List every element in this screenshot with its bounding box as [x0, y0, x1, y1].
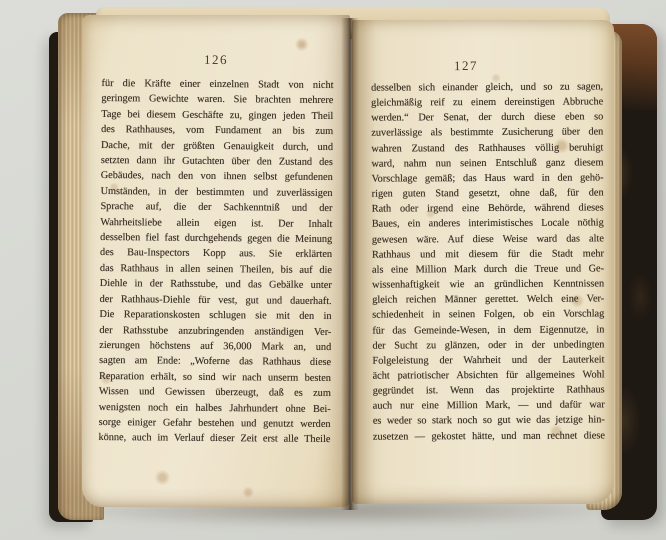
page-number-right: 127: [360, 57, 572, 74]
text-line: Gebäudes, nach den von ihnen selbst gefu…: [101, 168, 333, 185]
text-line: der Sucht zu glänzen, oder in der unbedi…: [372, 337, 604, 353]
text-line: wahren Zustand des Rathhauses völlig ber…: [371, 140, 603, 156]
text-line: zusetzen — gekostet hätte, und man rechn…: [373, 428, 605, 444]
text-line: schiedenheit in seinen Folgen, ob ein Vo…: [372, 307, 604, 323]
text-line: geringem Gewichte waren. Sie brachten me…: [101, 91, 333, 108]
gutter-shadow: [341, 18, 359, 510]
text-line: rigen guten Stand gesetzt, ohne daß, für…: [372, 185, 604, 201]
text-line: Folgeleistung der Wahrheit und der Laute…: [372, 352, 604, 368]
text-line: Rath oder irgend eine Behörde, während d…: [372, 201, 604, 217]
text-line: wissenhaftigkeit wie an gründlichen Kenn…: [372, 276, 604, 292]
text-line: ward, nahm nun seinen Entschluß ganz die…: [371, 155, 603, 171]
text-line: sagten am Ende: „Woferne das Rathhaus di…: [99, 353, 331, 370]
text-line: des Rathhauses, vom Fundament an bis zum: [101, 122, 333, 139]
text-line: werden.“ Der Senat, der durch diese eben…: [371, 110, 603, 126]
text-line: als eine Million Mark durch die Treue un…: [372, 261, 604, 277]
page-text-right: desselben sich einander gleich, und so z…: [371, 79, 605, 444]
text-line: auch nur eine Million Mark, — und dafür …: [373, 398, 605, 414]
text-line: Wissen und Gewissen überzeugt, daß es zu…: [99, 384, 331, 401]
text-line: Sprache auf, die der Sachkenntniß und de…: [100, 199, 332, 216]
text-line: es weder so stark noch so gut wie das je…: [373, 413, 605, 429]
text-line: gleichmäßig reif zu einem dereinstigen A…: [371, 95, 603, 111]
text-line: Diehle in der Rathsstube, und das Gebälk…: [100, 276, 332, 293]
page-number-left: 126: [100, 51, 332, 69]
text-line: Vorschlage gemäß; das Haus ward in den g…: [372, 170, 604, 186]
text-line: des Bau-Inspectors Kopp aus. Sie erklärt…: [100, 245, 332, 262]
text-line: könne, auch im Verlauf dieser Zeit erst …: [98, 430, 330, 447]
text-line: Rathhaus und mit diesem für die Stadt me…: [372, 246, 604, 262]
text-line: gegründet ist. Wenn das projektirte Rath…: [373, 383, 605, 399]
text-line: desselben sich einander gleich, und so z…: [371, 79, 603, 95]
text-line: Baues, ein anderes interimistisches Loca…: [372, 216, 604, 232]
page-text-left: für die Kräfte einer einzelnen Stadt von…: [98, 76, 333, 448]
text-line: zuverlässige als bestimmte Zusicherung ü…: [371, 125, 603, 141]
text-line: Die Reparationskosten schlugen sie mit d…: [99, 307, 331, 324]
text-line: gewesen wäre. Auf diese Weise ward das a…: [372, 231, 604, 247]
text-line: ächt patriotischer Absichten für allgeme…: [373, 367, 605, 383]
text-line: für das Gemeinde-Wesen, in dem Eigennutz…: [372, 322, 604, 338]
photo-backdrop: 126 für die Kräfte einer einzelnen Stadt…: [0, 0, 666, 540]
text-line: gleich reichen Männer gerettet. Welch ei…: [372, 292, 604, 308]
